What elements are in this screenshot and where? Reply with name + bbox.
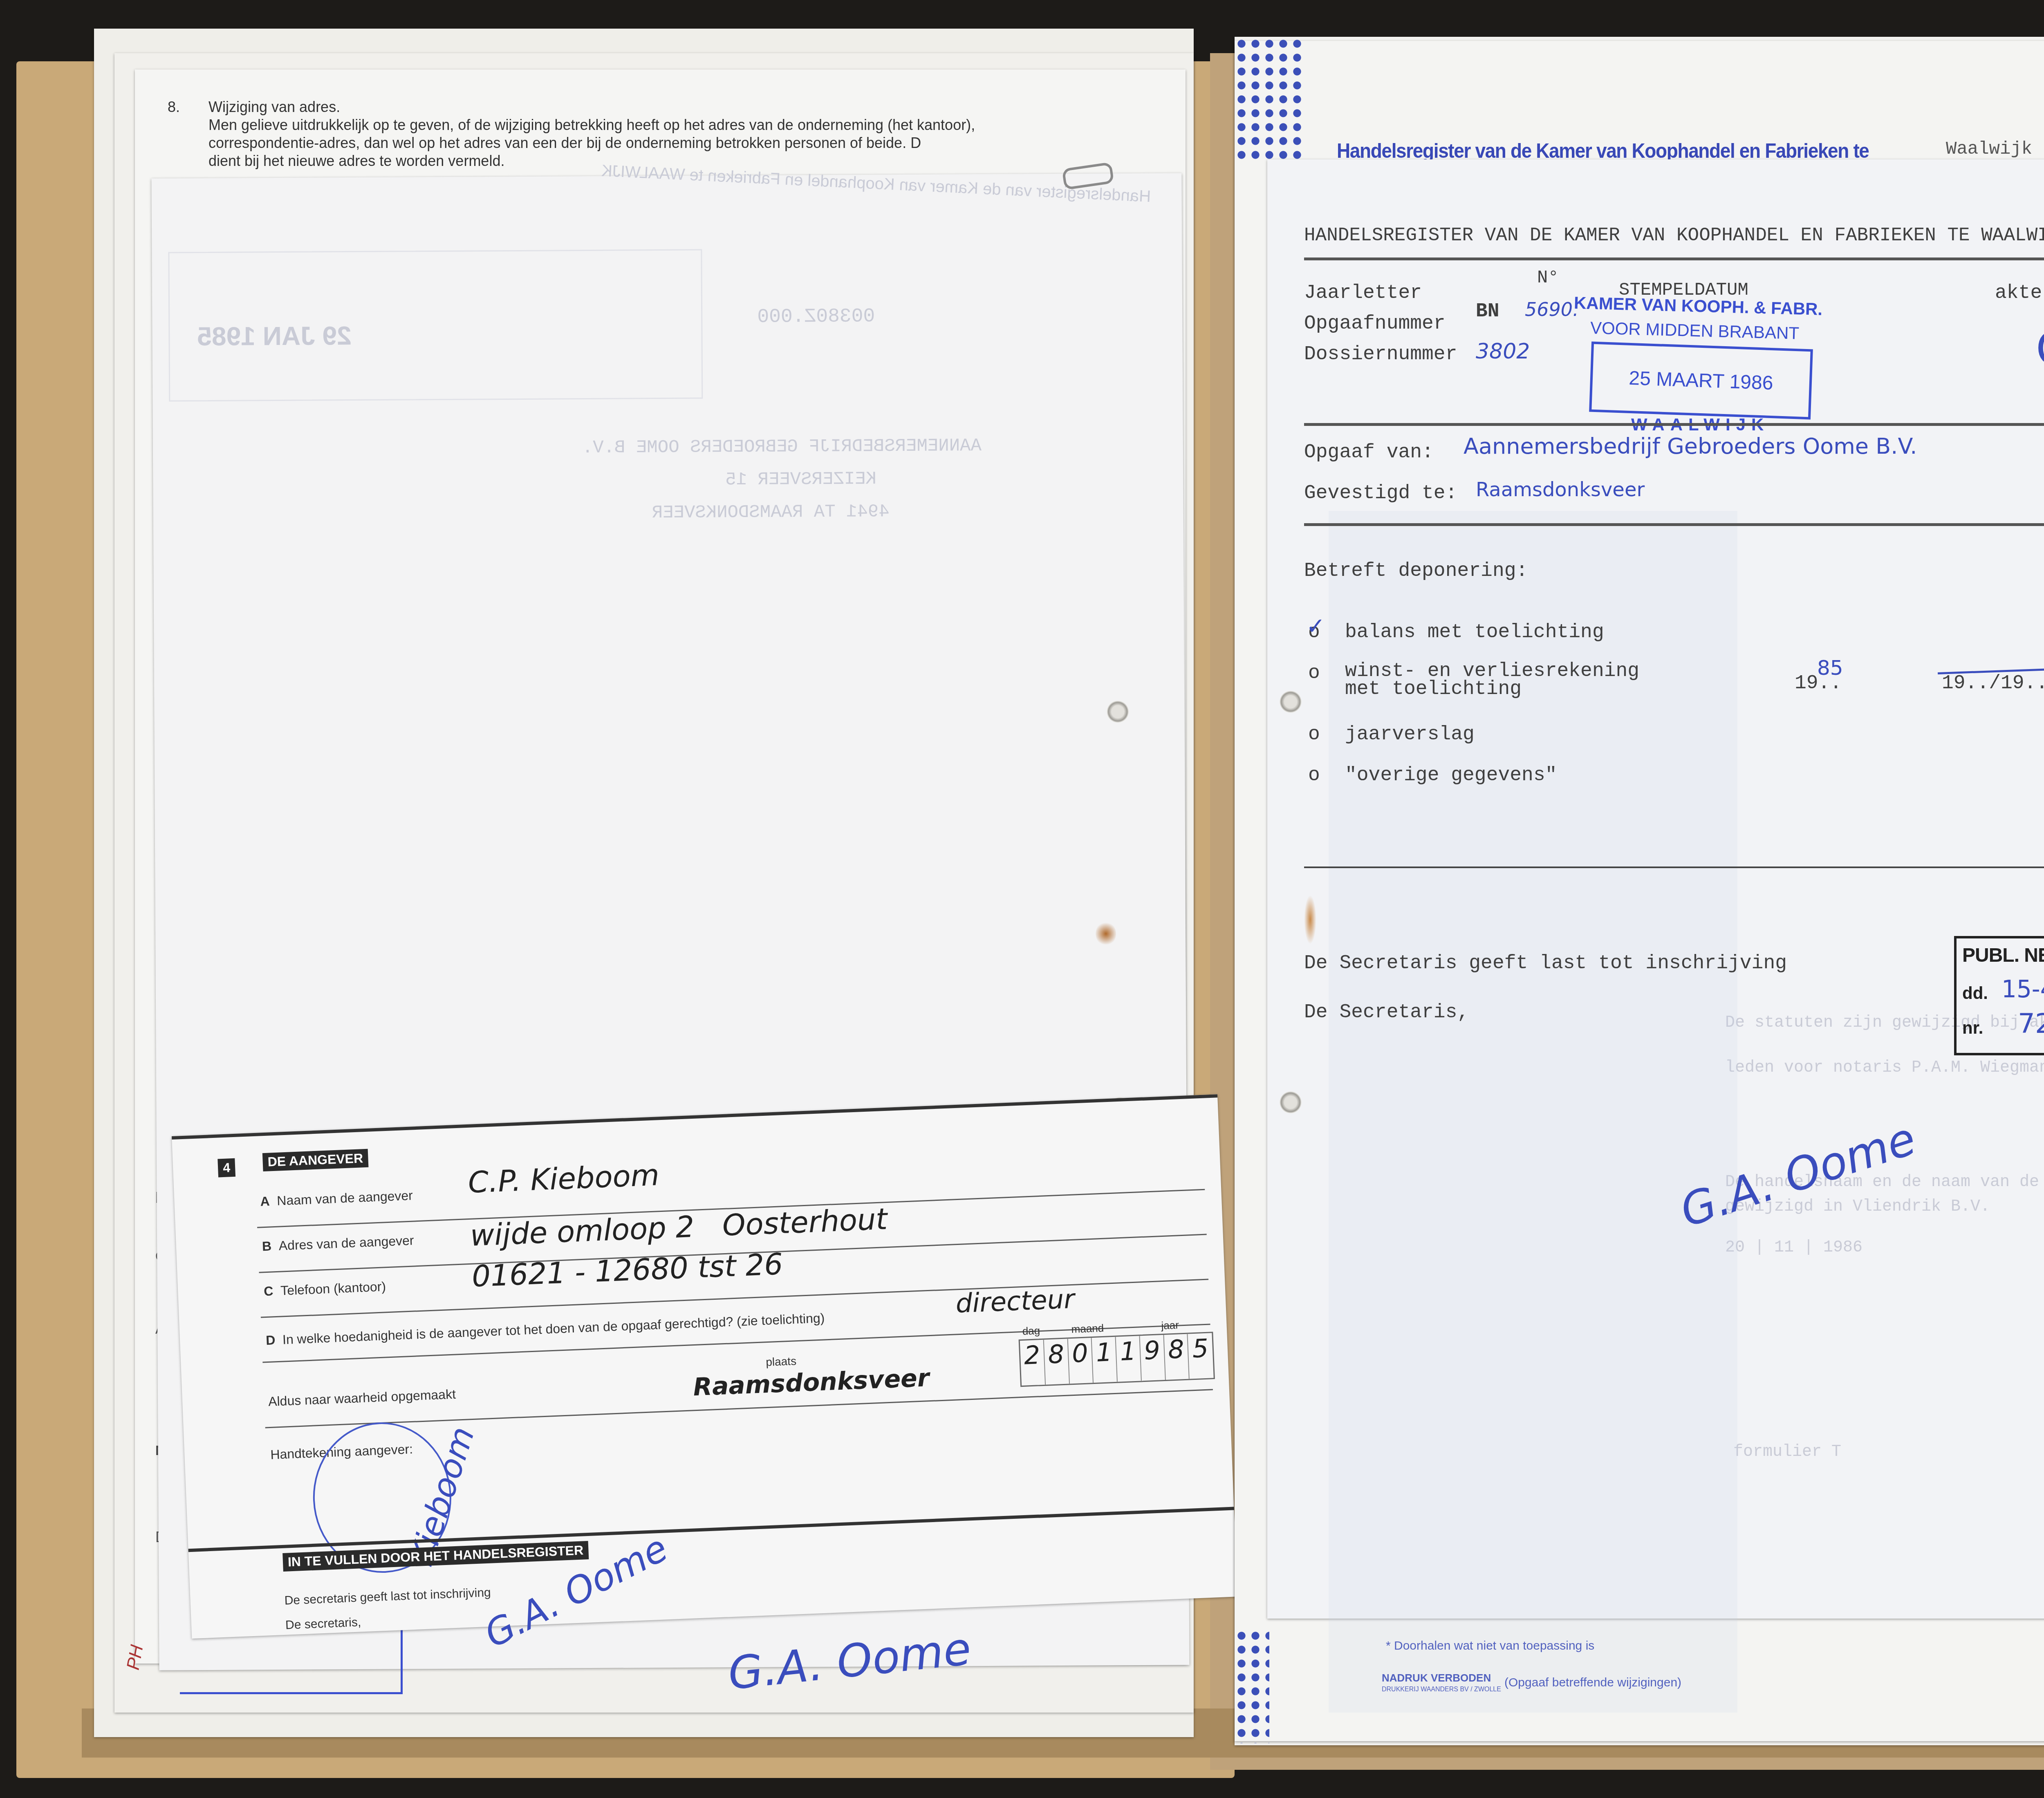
publ-stamp-box: PUBL. NED. STSCRT. dd. 15-4-'86 nr. 72 (1954, 936, 2044, 1055)
divider (1304, 423, 2044, 426)
dossiernummer-label: Dossiernummer (1304, 343, 1457, 365)
checkmark-icon: ✓ (1306, 613, 1325, 640)
publ-nr-value[interactable]: 72 (2018, 1008, 2044, 1039)
date-digit: 0 (1068, 1338, 1094, 1384)
aangever-name-value[interactable]: C.P. Kieboom (467, 1158, 660, 1200)
secretaris-instruction: De secretaris geeft last tot inschrijvin… (284, 1586, 491, 1608)
date-digit: 2 (1020, 1340, 1046, 1386)
akteletter-label: akteletter (1995, 282, 2044, 304)
dossiernummer-value[interactable]: 3802 (1476, 339, 1530, 364)
jaar-label: jaar (1161, 1319, 1179, 1332)
secretaris-label: De secretaris, (285, 1615, 361, 1632)
show-through-line: 4941 TA RAAMSDONKSVEER (652, 502, 890, 523)
gevestigd-value[interactable]: Raamsdonksveer (1476, 478, 1645, 501)
aangever-form: 4 DE AANGEVER A Naam van de aangever C.P… (172, 1094, 1237, 1639)
aangever-capacity-value[interactable]: directeur (955, 1284, 1075, 1319)
year-range: 19../19.. (1942, 672, 2044, 694)
aangever-address-value[interactable]: wijde omloop 2 Oosterhout (470, 1202, 888, 1253)
section-number-badge: 4 (217, 1158, 235, 1178)
opgemaakt-label: Aldus naar waarheid opgemaakt (268, 1387, 456, 1409)
field-c-letter: C Telefoon (kantoor) (264, 1279, 386, 1299)
year-filled[interactable]: 85 (1817, 656, 1843, 680)
show-through-line: AANNEMERSBEDRIJF GEBROEDERS OOME B.V. (582, 436, 982, 458)
divider (1304, 867, 2044, 868)
opgaafnummer-value[interactable]: 5690. (1525, 298, 1579, 320)
date-digit: 8 (1044, 1339, 1069, 1384)
jaarletter-value: BN (1476, 300, 1499, 322)
stamp-line1: KAMER VAN KOOPH. & FABR. (1573, 293, 1822, 319)
stamp-date: 25 MAART 1986 (1629, 367, 1774, 394)
opgaafnummer-label: Opgaafnummer (1304, 313, 1446, 335)
show-through-line: 20 | 11 | 1986 (1725, 1238, 1862, 1257)
red-annotation: PH (123, 1644, 148, 1672)
akteletter-value[interactable]: Q (2036, 323, 2044, 375)
date-digit: 1 (1116, 1336, 1142, 1382)
rust-stain (1304, 895, 1316, 944)
date-digit: 8 (1164, 1334, 1190, 1380)
section-8-line: correspondentie-adres, dan wel op het ad… (208, 134, 1149, 152)
deponering-item-balans: balans met toelichting (1345, 621, 1604, 643)
show-through-line: leden voor notaris P.A.M. Wiegman te 's-… (1725, 1059, 2044, 1077)
typed-overlay-sheet: De statuten zijn gewijzigd bij akte 20-1… (1267, 159, 2044, 1619)
section-8-line: Men gelieve uitdrukkelijk op te geven, o… (208, 116, 1149, 134)
divider (1304, 523, 2044, 526)
plaats-label: plaats (766, 1355, 797, 1369)
deponering-item-jaarverslag: jaarverslag (1345, 723, 1475, 746)
jaarletter-label: Jaarletter (1304, 282, 1422, 304)
date-grid: 2 8 0 1 1 9 8 5 (1019, 1332, 1215, 1387)
stamp-line2: VOOR MIDDEN BRABANT (1590, 318, 1799, 343)
punch-hole (1280, 1091, 1302, 1113)
date-digit: 5 (1188, 1333, 1214, 1379)
gevestigd-label: Gevestigd te: (1304, 482, 1457, 504)
maand-label: maand (1071, 1322, 1104, 1336)
section-8-title: Wijziging van adres. (208, 98, 1149, 116)
field-a-letter: A Naam van de aangever (260, 1188, 413, 1209)
show-through-line: KEIZERSVEER 15 (725, 469, 876, 490)
publ-title: PUBL. NED. STSCRT. (1962, 944, 2044, 967)
form-header-city: Waalwijk (1946, 139, 2032, 159)
deponering-marker[interactable]: o (1308, 764, 1320, 786)
secretaris-instruction: De Secretaris geeft last tot inschrijvin… (1304, 952, 1787, 974)
deponering-item-overige: "overige gegevens" (1345, 764, 1557, 786)
form-dot-pattern (1235, 1629, 1269, 1743)
publ-dd-label: dd. (1962, 983, 1988, 1003)
opgaaf-van-label: Opgaaf van: (1304, 441, 1434, 463)
betreft-label: Betreft deponering: (1304, 560, 1528, 582)
deponering-marker[interactable]: o (1308, 662, 1320, 684)
publ-dd-value[interactable]: 15-4-'86 (2001, 975, 2044, 1003)
show-through-number: 00380Z.000 (757, 305, 875, 328)
no-label: N° (1537, 268, 1559, 288)
stamp-date-box: 25 MAART 1986 (1589, 342, 1813, 420)
date-digit: 9 (1140, 1335, 1165, 1381)
punch-hole (1280, 691, 1302, 713)
section-title: DE AANGEVER (262, 1149, 368, 1171)
opgaaf-van-value[interactable]: Aannemersbedrijf Gebroeders Oome B.V. (1464, 433, 1917, 459)
publ-nr-label: nr. (1962, 1018, 1983, 1038)
rust-stain (1096, 921, 1116, 946)
deponering-item-winst: winst- en verliesrekening met toelichtin… (1345, 662, 1639, 698)
date-digit: 1 (1092, 1337, 1118, 1383)
section-8: 8. Wijziging van adres. Men gelieve uitd… (168, 98, 1149, 170)
punch-hole (1107, 701, 1129, 723)
divider (1304, 257, 2044, 260)
secretaris-label: De Secretaris, (1304, 1001, 1469, 1023)
aangever-phone-value[interactable]: 01621 - 12680 tst 26 (471, 1247, 784, 1293)
plaats-value[interactable]: Raamsdonksveer (693, 1364, 930, 1402)
section-8-number: 8. (168, 98, 180, 116)
deponering-marker[interactable]: o (1308, 723, 1320, 746)
typed-title: HANDELSREGISTER VAN DE KAMER VAN KOOPHAN… (1304, 225, 2044, 246)
form-dot-pattern (1235, 37, 1304, 159)
field-b-letter: B Adres van de aangever (262, 1233, 414, 1254)
show-through-line: formulier T (1733, 1443, 1841, 1461)
show-through-box (168, 249, 703, 402)
dag-label: dag (1022, 1324, 1040, 1338)
